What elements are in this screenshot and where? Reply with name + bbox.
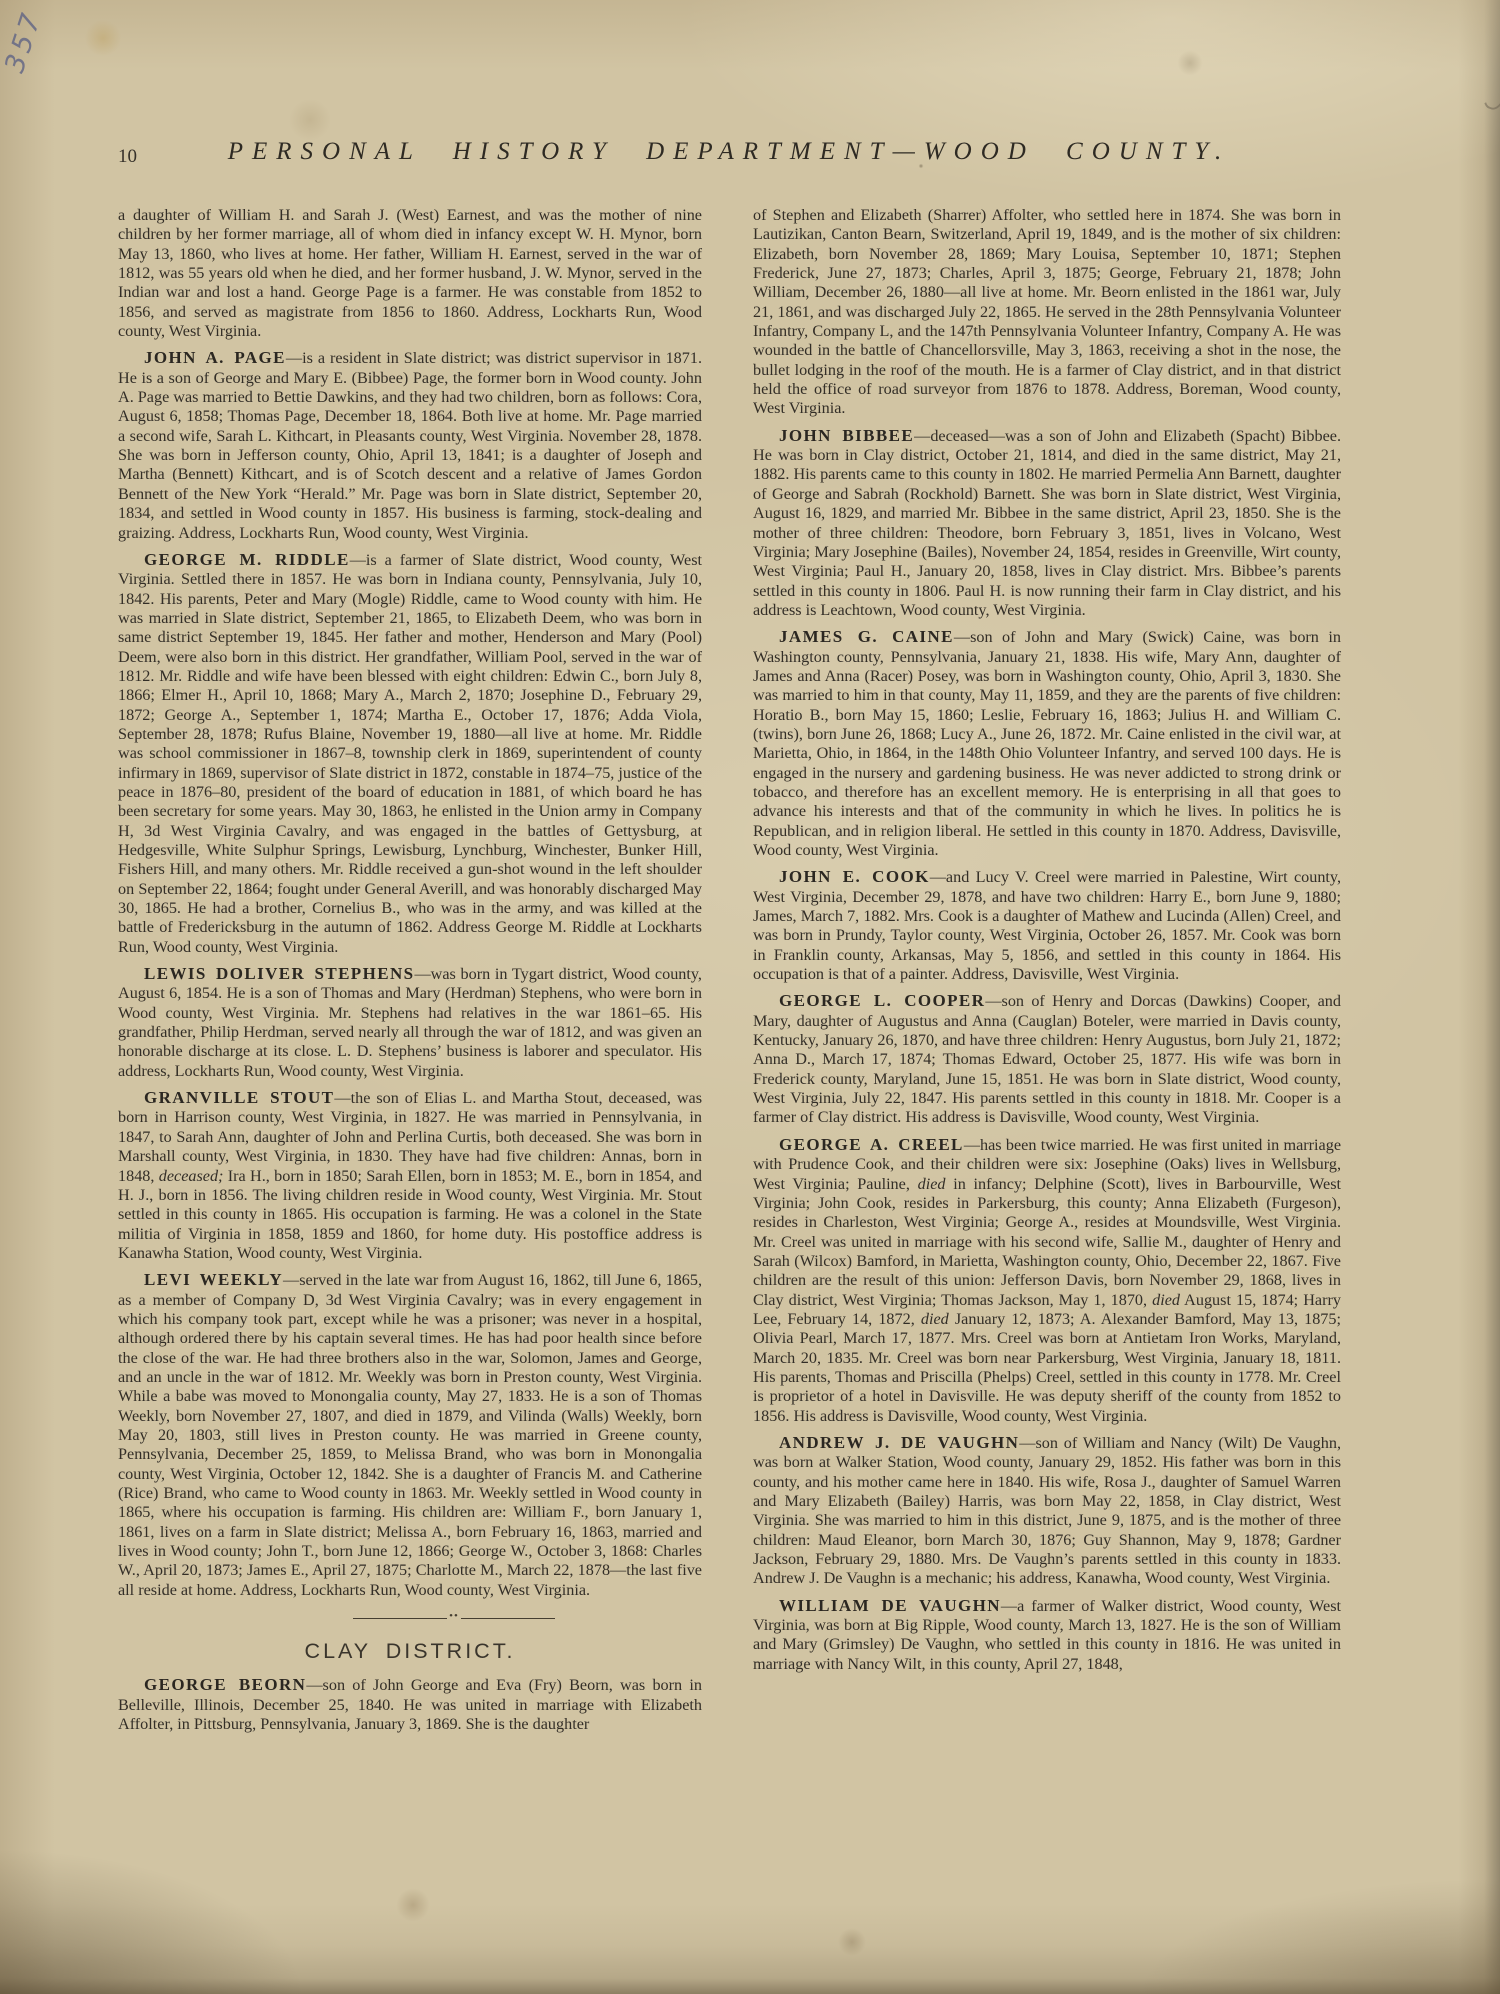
- biography-entry: GEORGE A. CREEL—has been twice married. …: [753, 1135, 1341, 1426]
- entry-text: —son of William and Nancy (Wilt) De Vaug…: [753, 1434, 1341, 1587]
- entry-text: —son of John and Mary (Swick) Caine, was…: [753, 628, 1341, 859]
- biography-entry: GRANVILLE STOUT—the son of Elias L. and …: [118, 1088, 702, 1263]
- book-page: 357 10 PERSONAL HISTORY DEPARTMENT—WOOD …: [0, 0, 1500, 1994]
- biography-entry: GEORGE L. COOPER—son of Henry and Dorcas…: [753, 991, 1341, 1127]
- entry-text: —is a farmer of Slate district, Wood cou…: [118, 551, 702, 956]
- entry-name: JOHN E. COOK: [779, 867, 930, 886]
- biography-entry: GEORGE M. RIDDLE—is a farmer of Slate di…: [118, 550, 702, 957]
- entry-name: GEORGE L. COOPER: [779, 991, 985, 1010]
- entry-name: WILLIAM DE VAUGHN: [779, 1596, 1001, 1615]
- entry-name: GEORGE A. CREEL: [779, 1135, 964, 1154]
- entry-text: —is a resident in Slate district; was di…: [118, 349, 702, 541]
- biography-entry: LEVI WEEKLY—served in the late war from …: [118, 1270, 702, 1600]
- continuation-paragraph: of Stephen and Elizabeth (Sharrer) Affol…: [753, 206, 1341, 419]
- biography-entry: JOHN E. COOK—and Lucy V. Creel were marr…: [753, 867, 1341, 984]
- continuation-paragraph: a daughter of William H. and Sarah J. (W…: [118, 206, 702, 341]
- entry-name: GEORGE BEORN: [144, 1675, 306, 1694]
- biography-entry: GEORGE BEORN—son of John George and Eva …: [118, 1675, 702, 1734]
- entry-name: GEORGE M. RIDDLE: [144, 550, 350, 569]
- section-divider: ••: [353, 1615, 555, 1621]
- divider-rule: [353, 1618, 447, 1619]
- entry-text: —son of Henry and Dorcas (Dawkins) Coope…: [753, 992, 1341, 1126]
- biography-entry: WILLIAM DE VAUGHN—a farmer of Walker dis…: [753, 1596, 1341, 1674]
- entry-text: —served in the late war from August 16, …: [118, 1271, 702, 1599]
- divider-dots: ••: [447, 1613, 461, 1619]
- section-title: CLAY DISTRICT.: [118, 1642, 702, 1661]
- biography-entry: LEWIS DOLIVER STEPHENS—was born in Tygar…: [118, 964, 702, 1081]
- pen-squiggle-mark: [1480, 70, 1500, 113]
- entry-name: GRANVILLE STOUT: [144, 1088, 334, 1107]
- entry-name: JAMES G. CAINE: [779, 627, 954, 646]
- biography-entry: JOHN BIBBEE—deceased—was a son of John a…: [753, 426, 1341, 620]
- entry-name: LEVI WEEKLY: [144, 1270, 283, 1289]
- entry-name: LEWIS DOLIVER STEPHENS: [144, 964, 414, 983]
- page-title: PERSONAL HISTORY DEPARTMENT—WOOD COUNTY.: [118, 138, 1340, 166]
- biography-entry: JOHN A. PAGE—is a resident in Slate dist…: [118, 348, 702, 542]
- biography-entry: ANDREW J. DE VAUGHN—son of William and N…: [753, 1433, 1341, 1589]
- left-column: a daughter of William H. and Sarah J. (W…: [118, 206, 702, 1734]
- divider-rule: [461, 1618, 555, 1619]
- biography-entry: JAMES G. CAINE—son of John and Mary (Swi…: [753, 627, 1341, 860]
- entry-name: ANDREW J. DE VAUGHN: [779, 1433, 1019, 1452]
- right-column: of Stephen and Elizabeth (Sharrer) Affol…: [753, 206, 1341, 1674]
- pencil-annotation: 357: [0, 6, 48, 76]
- entry-text: —has been twice married. He was first un…: [753, 1136, 1341, 1425]
- entry-name: JOHN BIBBEE: [779, 426, 914, 445]
- entry-name: JOHN A. PAGE: [144, 348, 286, 367]
- entry-text: —the son of Elias L. and Martha Stout, d…: [118, 1089, 702, 1262]
- entry-text: —deceased—was a son of John and Elizabet…: [753, 427, 1341, 619]
